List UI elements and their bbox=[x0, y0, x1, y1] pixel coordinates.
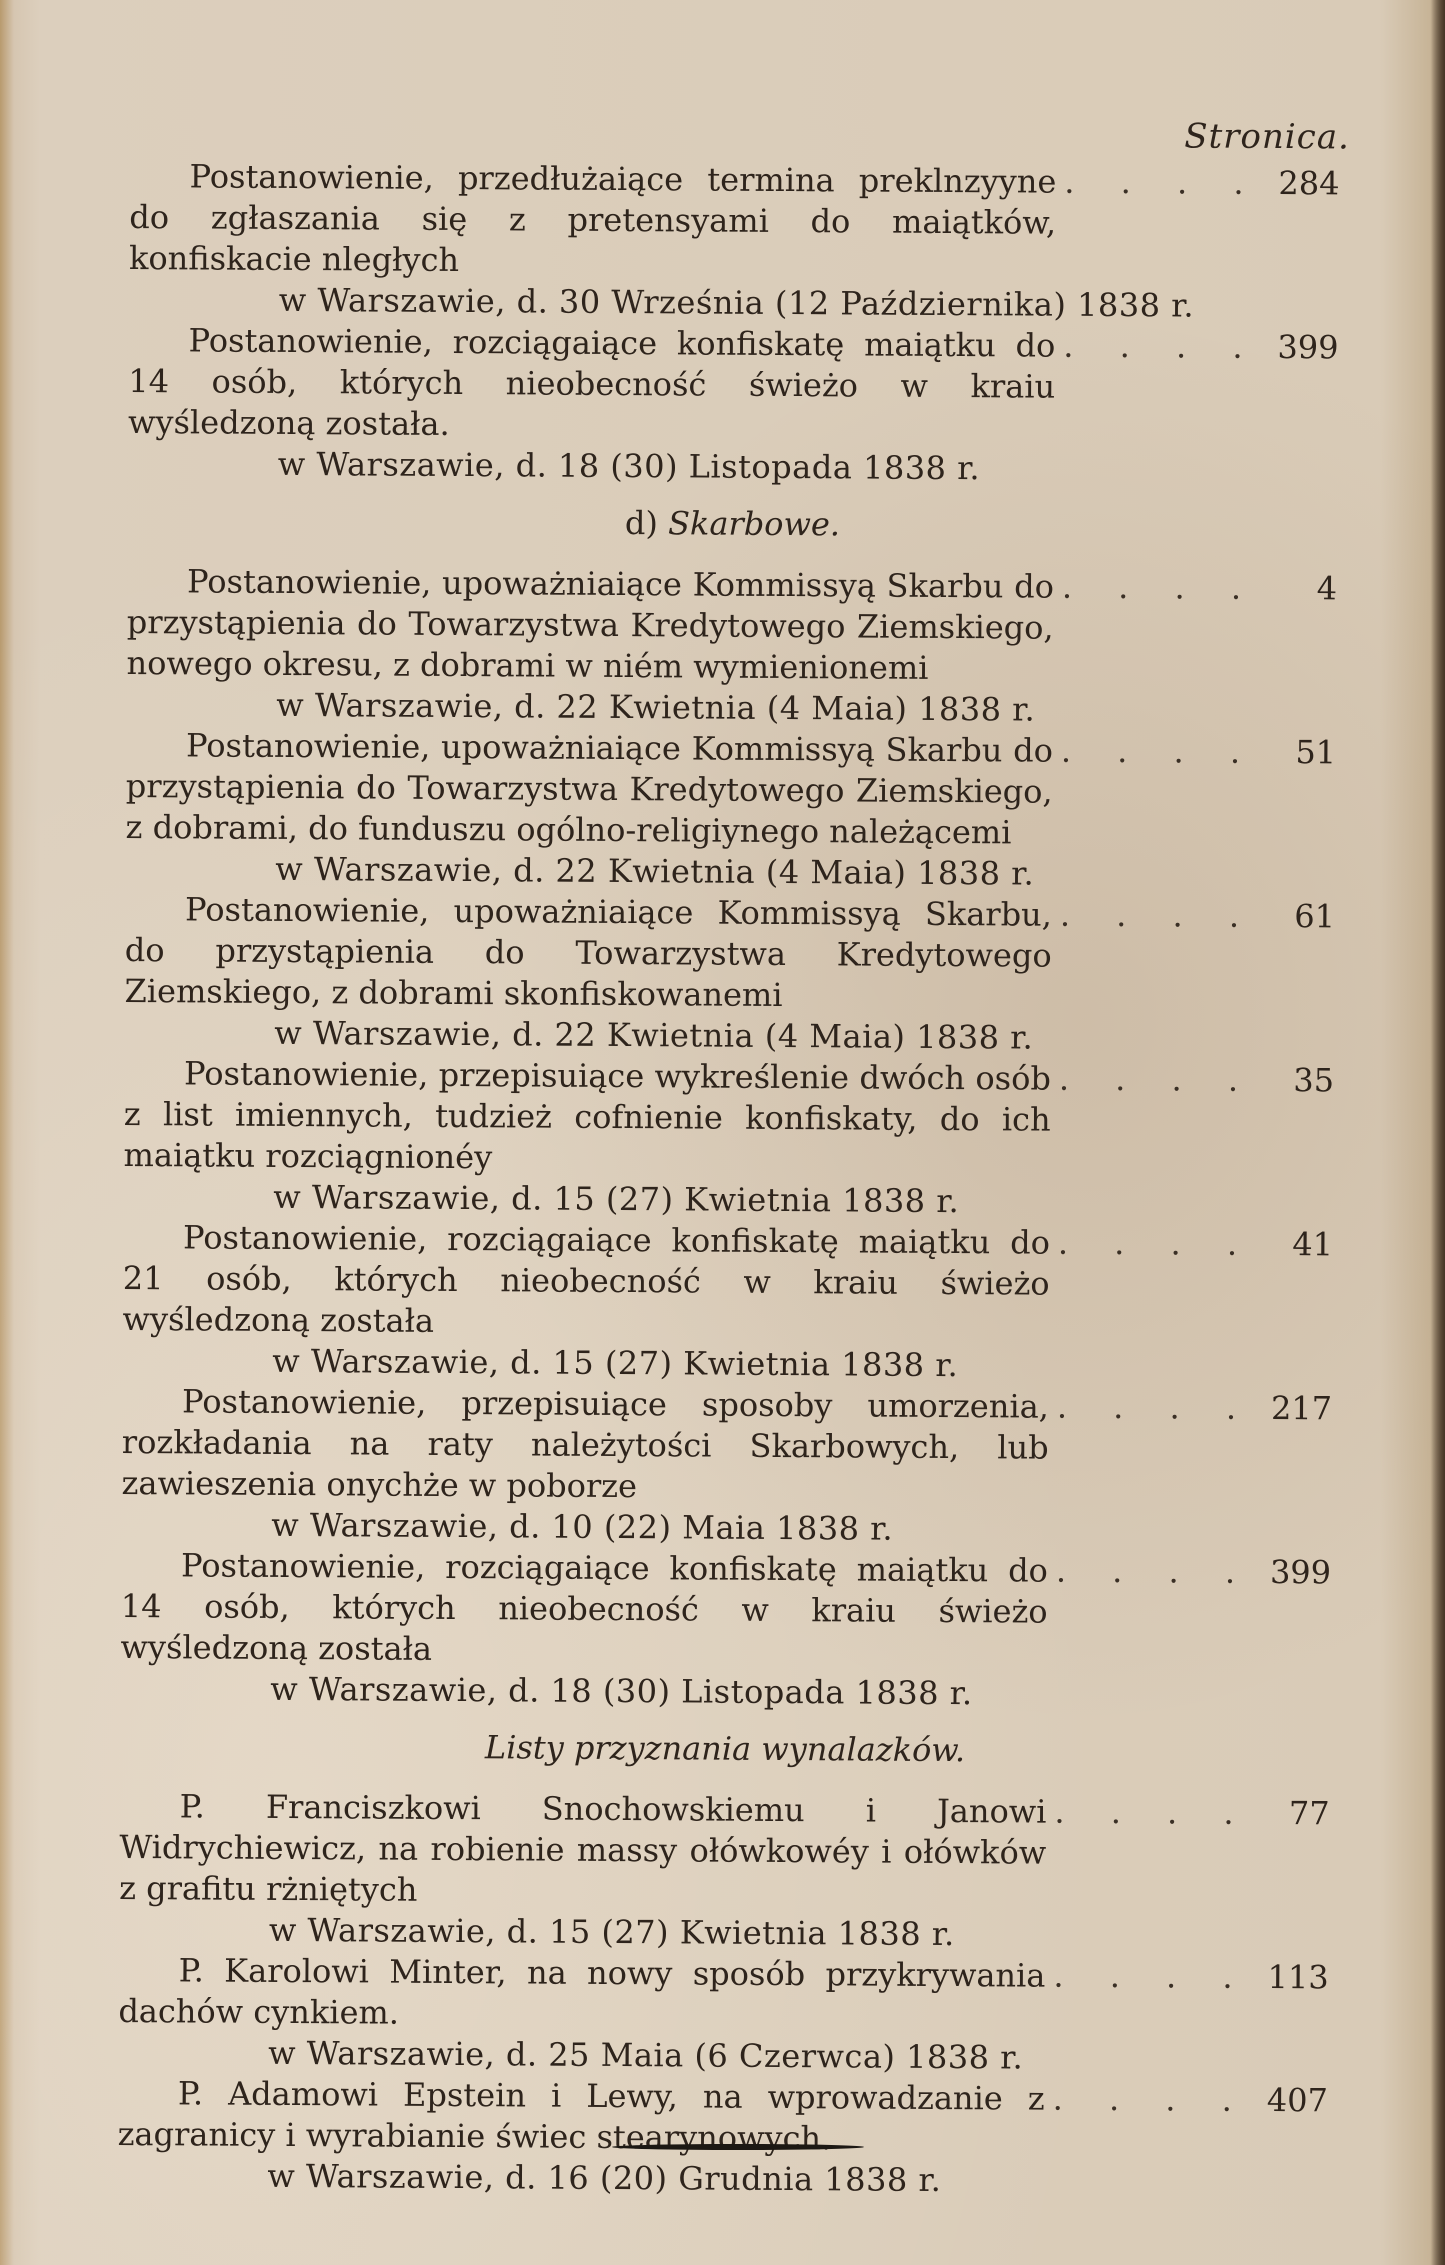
entry-page-number: 51 bbox=[1266, 732, 1336, 773]
index-entry: P. Karolowi Minter, na nowy sposób przyk… bbox=[118, 1950, 1329, 2080]
entry-title: P. Karolowi Minter, na nowy sposób przyk… bbox=[118, 1950, 1045, 2038]
document-page: Stronica. Postanowienie, przedłużaiące t… bbox=[0, 0, 1445, 2265]
index-entry: Postanowienie, przedłużaiące termina pre… bbox=[129, 156, 1340, 327]
dot-leader: . . . . bbox=[1057, 1387, 1254, 1429]
entry-row: Postanowienie, przepisuiące wykreślenie … bbox=[123, 1053, 1334, 1183]
entry-row: Postanowienie, przedłużaiące termina pre… bbox=[129, 156, 1340, 286]
dot-leader: . . . . bbox=[1059, 1059, 1256, 1101]
index-section: Listy przyznania wynalazków.P. Franciszk… bbox=[117, 1725, 1330, 2203]
entry-title: Postanowienie, rozciągaiące konfiskatę m… bbox=[120, 1545, 1048, 1674]
entry-row: Postanowienie, rozciągaiące konfiskatę m… bbox=[128, 320, 1339, 450]
entry-page-number: 407 bbox=[1258, 2080, 1328, 2121]
entry-title: Postanowienie, rozciągaiące konfiskatę m… bbox=[122, 1217, 1050, 1346]
entry-title: P. Franciszkowi Snochowskiemu i Janowi W… bbox=[119, 1786, 1047, 1915]
dot-leader: . . . . bbox=[1058, 1223, 1255, 1265]
entry-title: Postanowienie, upoważniaiące Kommissyą S… bbox=[126, 561, 1054, 690]
entry-title: Postanowienie, przepisuiące sposoby umor… bbox=[121, 1381, 1049, 1510]
index-entry: P. Adamowi Epstein i Lewy, na wprowadzan… bbox=[117, 2073, 1328, 2203]
entry-page-number: 35 bbox=[1264, 1060, 1334, 1101]
entry-row: Postanowienie, upoważniaiące Kommissyą S… bbox=[125, 725, 1336, 855]
entry-row: Postanowienie, przepisuiące sposoby umor… bbox=[121, 1381, 1332, 1511]
index-entry: Postanowienie, rozciągaiące konfiskatę m… bbox=[120, 1545, 1331, 1716]
section-heading-title: Skarbowe. bbox=[668, 504, 840, 543]
section-heading: Listy przyznania wynalazków. bbox=[120, 1725, 1330, 1773]
section-heading-title: Listy przyznania wynalazków. bbox=[485, 1728, 965, 1769]
entry-row: Postanowienie, rozciągaiące konfiskatę m… bbox=[120, 1545, 1331, 1675]
entry-title: Postanowienie, przepisuiące wykreślenie … bbox=[123, 1053, 1051, 1182]
entry-date: w Warszawie, d. 18 (30) Listopada 1838 r… bbox=[120, 1668, 1330, 1716]
entry-title: P. Adamowi Epstein i Lewy, na wprowadzan… bbox=[118, 2073, 1045, 2161]
page-column-header: Stronica. bbox=[130, 110, 1350, 157]
entry-page-number: 77 bbox=[1259, 1793, 1329, 1834]
entry-page-number: 113 bbox=[1258, 1957, 1328, 1998]
entry-row: P. Karolowi Minter, na nowy sposób przyk… bbox=[118, 1950, 1328, 2039]
entry-date: w Warszawie, d. 18 (30) Listopada 1838 r… bbox=[128, 443, 1338, 491]
entry-title: Postanowienie, rozciągaiące konfiskatę m… bbox=[128, 320, 1056, 449]
index-entry: Postanowienie, przepisuiące wykreślenie … bbox=[123, 1053, 1334, 1224]
entry-title: Postanowienie, upoważniaiące Kommissyą S… bbox=[125, 725, 1053, 854]
entry-page-number: 399 bbox=[1268, 327, 1338, 368]
index-section: d) Skarbowe.Postanowienie, upoważniaiące… bbox=[120, 500, 1337, 1716]
index-section: Postanowienie, przedłużaiące termina pre… bbox=[128, 156, 1340, 491]
entry-row: Postanowienie, rozciągaiące konfiskatę m… bbox=[122, 1217, 1333, 1347]
entry-title: Postanowienie, przedłużaiące termina pre… bbox=[129, 156, 1057, 285]
entry-title: Postanowienie, upoważniaiące Kommissyą S… bbox=[124, 889, 1052, 1018]
dot-leader: . . . . bbox=[1054, 1792, 1251, 1834]
entry-row: P. Franciszkowi Snochowskiemu i Janowi W… bbox=[119, 1786, 1330, 1916]
dot-leader: . . . . bbox=[1062, 567, 1259, 609]
dot-leader: . . . . bbox=[1056, 1551, 1253, 1593]
entry-row: Postanowienie, upoważniaiące Kommissyą S… bbox=[126, 561, 1337, 691]
entry-row: Postanowienie, upoważniaiące Kommissyą S… bbox=[124, 889, 1335, 1019]
section-heading: d) Skarbowe. bbox=[127, 500, 1337, 548]
page-edge-shadow bbox=[1431, 0, 1445, 2265]
dot-leader: . . . . bbox=[1063, 326, 1260, 368]
index-sections: Postanowienie, przedłużaiące termina pre… bbox=[117, 156, 1339, 2203]
entry-page-number: 61 bbox=[1265, 896, 1335, 937]
index-entry: P. Franciszkowi Snochowskiemu i Janowi W… bbox=[119, 1786, 1330, 1957]
entry-page-number: 217 bbox=[1262, 1388, 1332, 1429]
entry-page-number: 4 bbox=[1267, 568, 1337, 609]
entry-page-number: 399 bbox=[1261, 1552, 1331, 1593]
dot-leader: . . . . bbox=[1064, 162, 1261, 204]
index-entry: Postanowienie, upoważniaiące Kommissyą S… bbox=[126, 561, 1337, 732]
entry-page-number: 284 bbox=[1269, 163, 1339, 204]
entry-date: w Warszawie, d. 16 (20) Grudnia 1838 r. bbox=[117, 2155, 1327, 2203]
dot-leader: . . . . bbox=[1061, 731, 1258, 773]
closing-rule bbox=[612, 2144, 864, 2150]
index-entry: Postanowienie, rozciągaiące konfiskatę m… bbox=[128, 320, 1339, 491]
dot-leader: . . . . bbox=[1060, 895, 1257, 937]
index-entry: Postanowienie, przepisuiące sposoby umor… bbox=[121, 1381, 1332, 1552]
index-entry: Postanowienie, upoważniaiące Kommissyą S… bbox=[125, 725, 1336, 896]
index-content: Stronica. Postanowienie, przedłużaiące t… bbox=[117, 110, 1340, 2203]
index-entry: Postanowienie, rozciągaiące konfiskatę m… bbox=[122, 1217, 1333, 1388]
dot-leader: . . . . bbox=[1053, 1956, 1250, 1998]
entry-page-number: 41 bbox=[1263, 1224, 1333, 1265]
dot-leader: . . . . bbox=[1053, 2079, 1250, 2121]
index-entry: Postanowienie, upoważniaiące Kommissyą S… bbox=[124, 889, 1335, 1060]
section-heading-prefix: d) bbox=[625, 504, 658, 542]
